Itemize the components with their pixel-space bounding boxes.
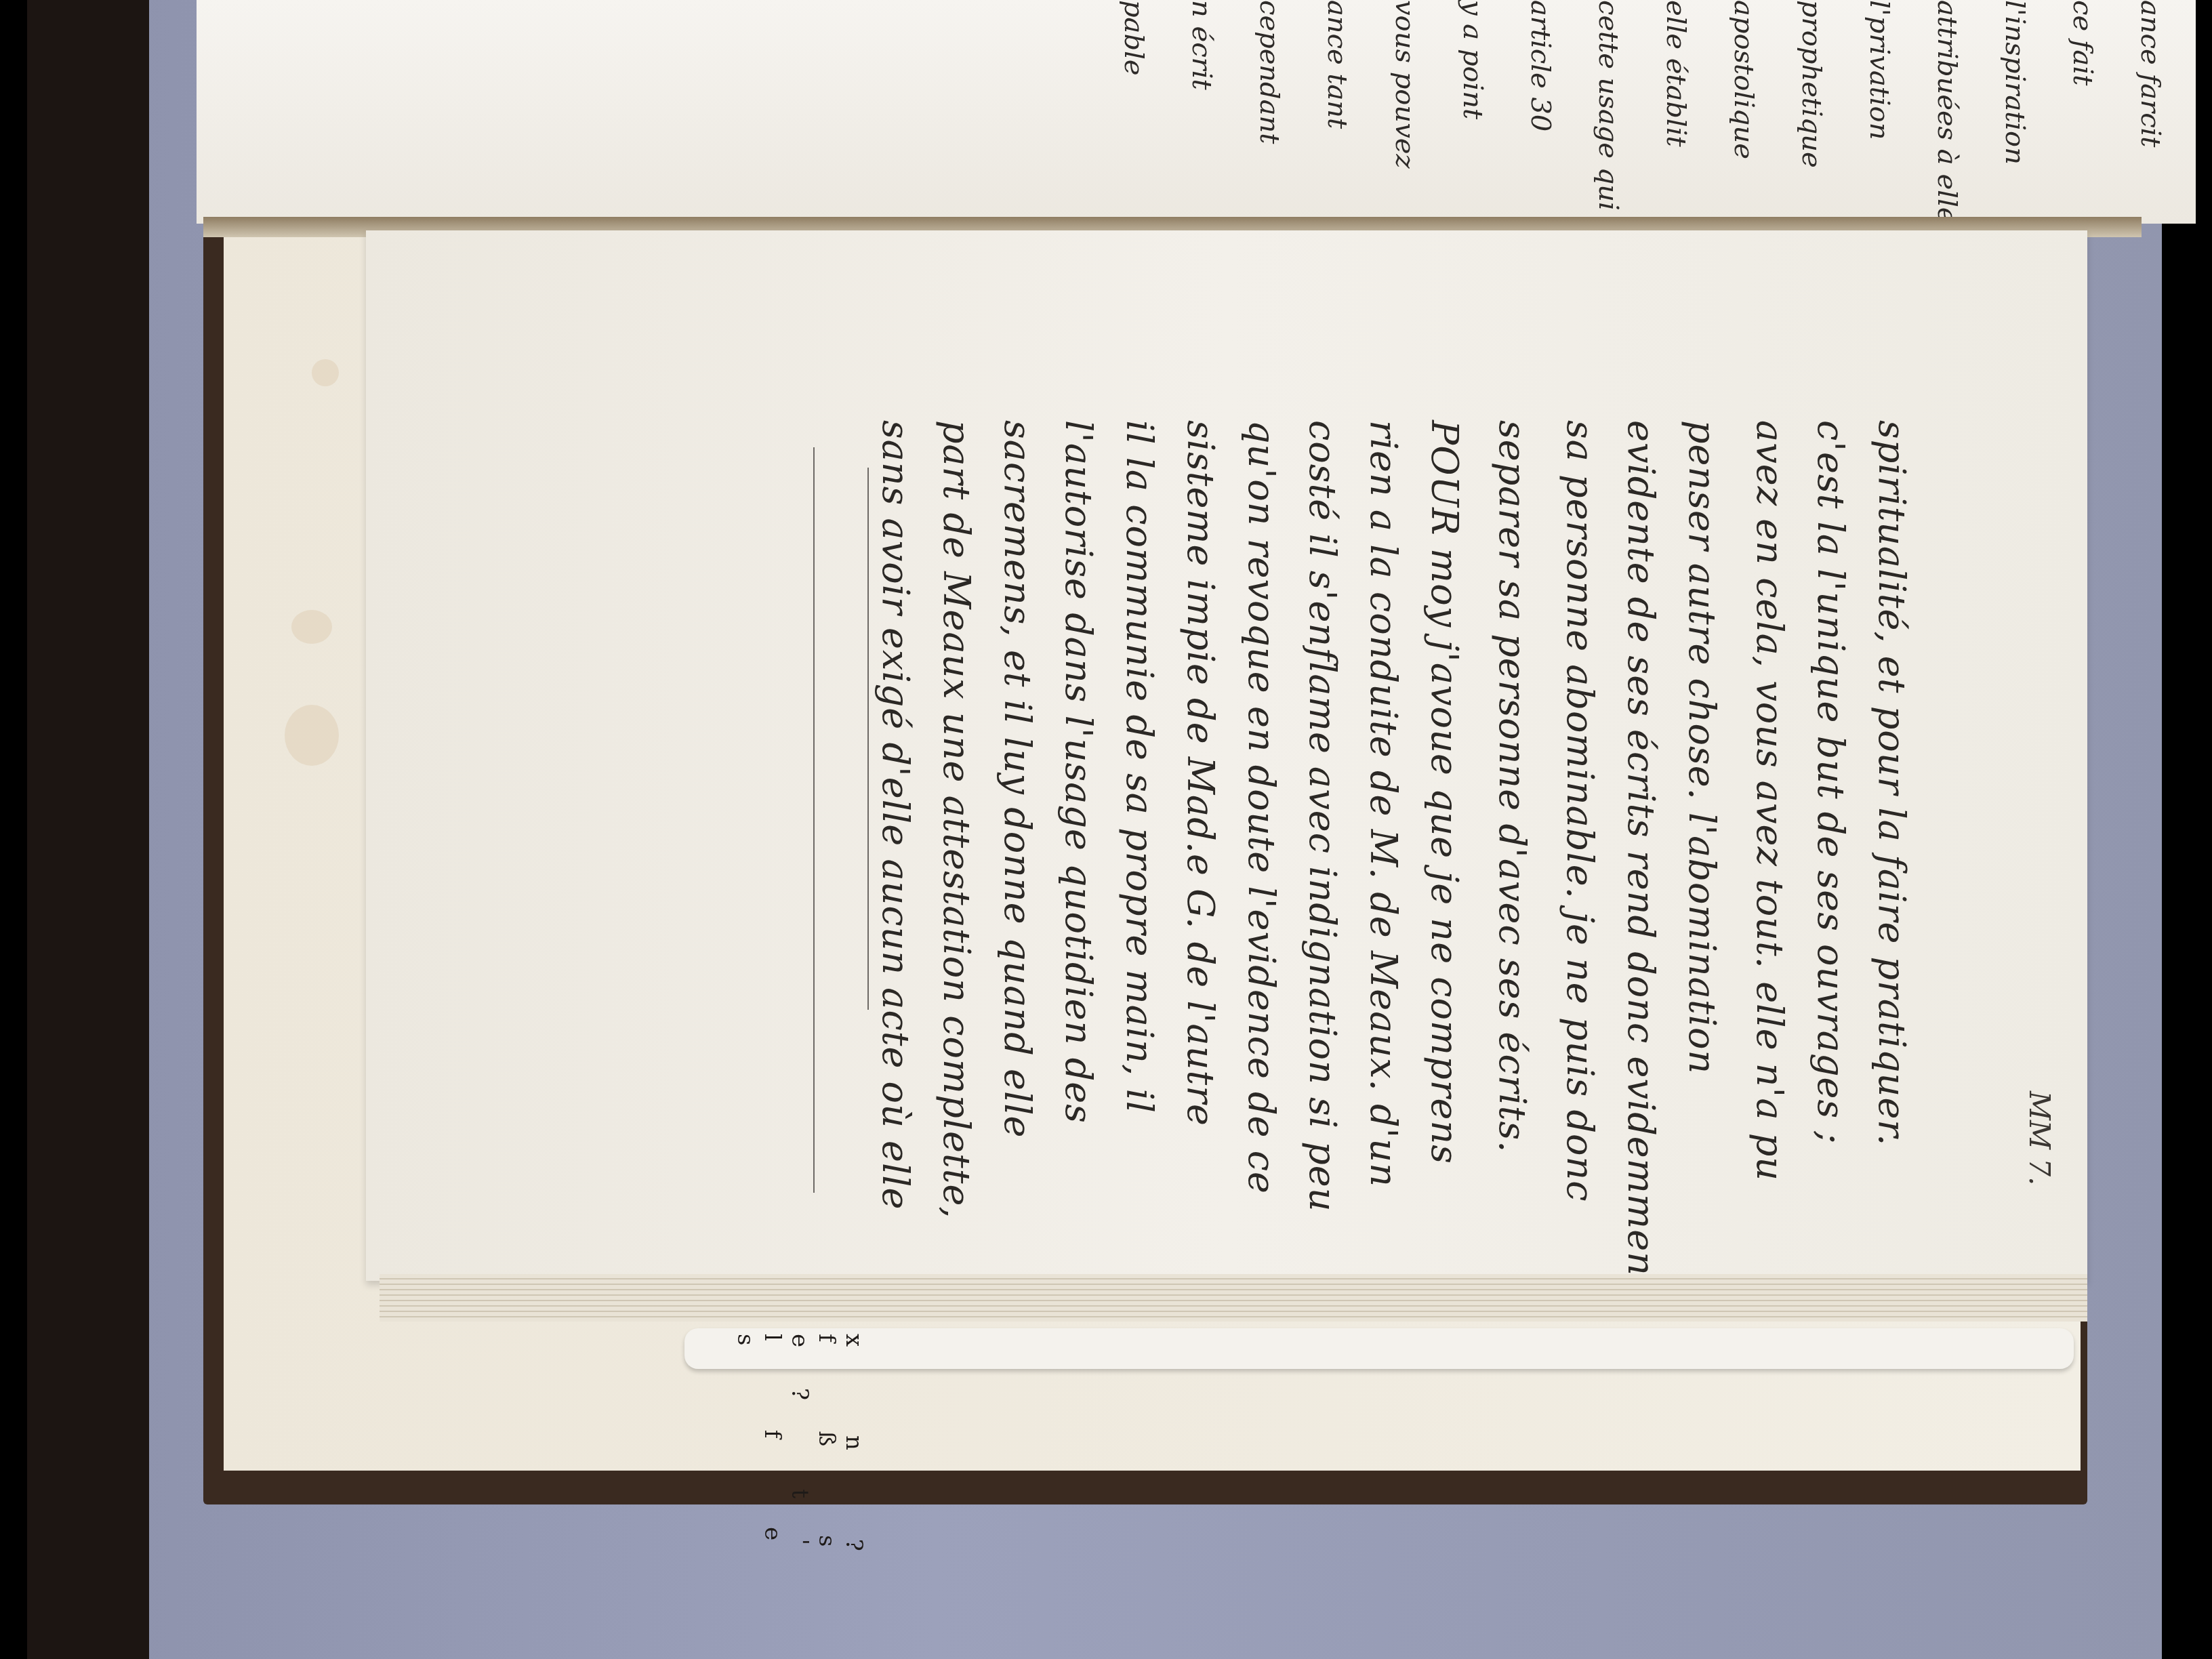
left-line: n écrit: [1186, 0, 1213, 224]
paper-stain: [291, 610, 332, 644]
dark-edge: [27, 0, 149, 1659]
left-line: attribuées à elle: [1931, 0, 1959, 224]
photo-scene: ance farcit ce fait l'inspiration attrib…: [0, 0, 2212, 1659]
left-line: apostolique: [1728, 0, 1755, 224]
left-line: pable: [1118, 0, 1145, 224]
slip-fragment-text: x n ? f ß s e? t' l f e s: [732, 1334, 867, 1659]
paper-slip: [684, 1328, 2074, 1369]
left-line: elle établit: [1660, 0, 1687, 224]
page-number: MM 7.: [2023, 1091, 2056, 1185]
page-edges: [380, 1274, 2087, 1322]
left-line: prophetique: [1796, 0, 1823, 224]
left-line: ce fait: [2067, 0, 2094, 224]
paper-stain: [285, 705, 339, 766]
ruled-line: [813, 447, 815, 1193]
left-line: ance tant: [1322, 0, 1349, 224]
right-page: spiritualité, et pour la faire pratiquer…: [366, 230, 2087, 1281]
left-line: l'inspiration: [1999, 0, 2026, 224]
left-line: y a point: [1457, 0, 1484, 224]
left-line: vous pouvez: [1389, 0, 1416, 224]
left-line: cette usage qui: [1593, 0, 1620, 224]
left-line: cependant: [1254, 0, 1281, 224]
left-line: l'privation: [1864, 0, 1891, 224]
left-line: ance farcit: [2135, 0, 2162, 224]
left-page: ance farcit ce fait l'inspiration attrib…: [197, 0, 2196, 224]
ruled-line: [867, 468, 869, 1010]
paper-stain: [312, 359, 339, 386]
left-line: article 30: [1525, 0, 1552, 224]
